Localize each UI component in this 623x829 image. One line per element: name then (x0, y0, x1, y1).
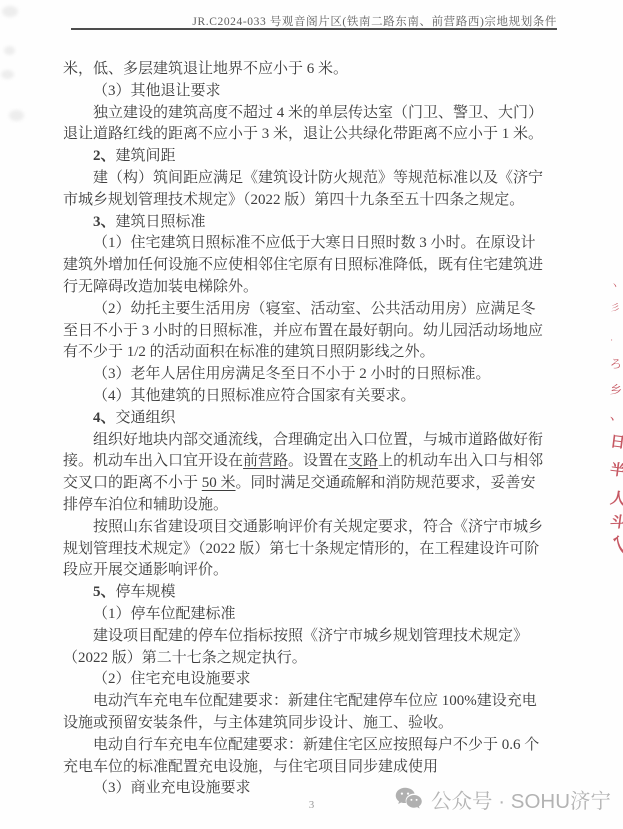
wechat-icon (395, 787, 422, 811)
stamp-mark: 乀 (609, 535, 623, 560)
text-segment: 停车规模 (116, 584, 176, 600)
text-segment: 4、 (93, 410, 116, 426)
text-segment: 电动自行车充电车位配建要求：新建住宅区应按照每户不少于 0.6 个 (93, 737, 539, 753)
text-line: 退让道路红线的距离不应小于 3 米，退让公共绿化带距离不应小于 1 米。 (63, 124, 563, 146)
text-line: （2）幼托主要生活用房（寝室、活动室、公共活动用房）应满足冬 (63, 299, 563, 321)
text-segment: 电动汽车充电车位配建要求：新建住宅配建停车位应 100%建设充电 (93, 693, 537, 709)
scan-smudge (4, 46, 15, 55)
text-segment: （4）其他建筑的日照标准应符合国家有关要求。 (93, 388, 416, 404)
text-line: 接。机动车出入口宜开设在前营路。设置在支路上的机动车出入口与相邻 (63, 451, 563, 473)
text-line: （1）住宅建筑日照标准不应低于大寒日日照时数 3 小时。在原设计 (63, 233, 563, 255)
watermark-text: 公众号 · SOHU济宁 (431, 784, 611, 814)
text-segment: （2）幼托主要生活用房（寝室、活动室、公共活动用房）应满足冬 (93, 301, 536, 317)
text-segment: （1）住宅建筑日照标准不应低于大寒日日照时数 3 小时。在原设计 (93, 235, 536, 251)
text-segment: （2022 版）第二十七条之规定执行。 (63, 650, 307, 666)
underlined-text: 支路 (348, 453, 378, 469)
stamp-mark: 彡 (609, 303, 620, 314)
document-body: 米，低、多层建筑退让地界不应小于 6 米。（3）其他退让要求独立建设的建筑高度不… (63, 59, 563, 800)
stamp-mark: 、 (609, 409, 623, 425)
text-segment: （2）住宅充电设施要求 (93, 671, 251, 687)
stamp-mark: · (609, 336, 613, 345)
text-line: 排停车泊位和辅助设施。 (63, 495, 563, 517)
text-line: 组织好地块内部交通流线，合理确定出入口位置，与城市道路做好衔 (63, 430, 563, 452)
text-segment: 米，低、多层建筑退让地界不应小于 6 米。 (63, 61, 348, 77)
text-segment: 上的机动车出入口与相邻 (378, 453, 543, 469)
text-line: （1）停车位配建标准 (63, 604, 563, 626)
text-segment: 规划管理技术规定》（2022 版）第七十条规定情形的，在工程建设许可阶 (63, 541, 539, 557)
text-segment: （3）其他退让要求 (93, 83, 221, 99)
text-line: （2022 版）第二十七条之规定执行。 (63, 648, 563, 670)
stamp-mark: 人 (609, 491, 623, 509)
text-segment: 。设置在 (288, 453, 348, 469)
text-line: 设施或预留安装条件，与主体建筑同步设计、施工、验收。 (63, 713, 563, 735)
text-segment: 组织好地块内部交通流线，合理确定出入口位置，与城市道路做好衔 (93, 432, 543, 448)
text-segment: 段应开展交通影响评价。 (63, 562, 228, 578)
scan-smudge (9, 110, 24, 121)
text-segment: 3、 (93, 214, 116, 230)
text-line: 建筑外增加任何设施不应使相邻住宅原有日照标准降低，既有住宅建筑进 (63, 255, 563, 277)
text-segment: 行无障碍改造加装电梯除外。 (63, 279, 258, 295)
text-line: 2、建筑间距 (63, 146, 563, 168)
text-line: 建设项目配建的停车位指标按照《济宁市城乡规划管理技术规定》 (63, 626, 563, 648)
text-line: 行无障碍改造加装电梯除外。 (63, 277, 563, 299)
text-segment: 接。机动车出入口宜开设在 (63, 453, 243, 469)
text-line: 充电车位的标准配置充电设施，与住宅项目同步建成使用 (63, 757, 563, 779)
text-segment: 2、 (93, 148, 116, 164)
text-segment: 。同时满足交通疏解和消防规范要求，妥善安 (236, 475, 536, 491)
text-segment: 按照山东省建设项目交通影响评价有关规定要求，符合《济宁市城乡 (93, 519, 543, 535)
text-line: 规划管理技术规定》（2022 版）第七十条规定情形的，在工程建设许可阶 (63, 539, 563, 561)
text-segment: （3）商业充电设施要求 (93, 780, 251, 796)
text-segment: 退让道路红线的距离不应小于 3 米，退让公共绿化带距离不应小于 1 米。 (63, 126, 543, 142)
header-rule (71, 28, 557, 30)
text-line: 市城乡规划管理技术规定》（2022 版）第四十九条至五十四条之规定。 (63, 190, 563, 212)
text-segment: 交通组织 (116, 410, 176, 426)
text-segment: （1）停车位配建标准 (93, 606, 236, 622)
watermark: 公众号 · SOHU济宁 (395, 784, 611, 814)
scan-smudge (2, 6, 18, 17)
text-line: 段应开展交通影响评价。 (63, 560, 563, 582)
text-segment: 建筑日照标准 (116, 214, 206, 230)
text-segment: 市城乡规划管理技术规定》（2022 版）第四十九条至五十四条之规定。 (63, 192, 524, 208)
page-header-title: JR.C2024-033 号观音阁片区(铁南二路东南、前营路西)宗地规划条件 (192, 13, 557, 29)
text-segment: 至日不小于 3 小时的日照标准，并应布置在最好朝向。幼儿园活动场地应 (63, 323, 543, 339)
document-page: JR.C2024-033 号观音阁片区(铁南二路东南、前营路西)宗地规划条件 米… (0, 0, 623, 829)
text-line: 有不少于 1/2 的活动面积在标准的建筑日照阴影线之外。 (63, 342, 563, 364)
underlined-text: 前营路 (243, 453, 288, 469)
text-line: 4、交通组织 (63, 408, 563, 430)
text-segment: 建筑间距 (116, 148, 176, 164)
text-segment: 建设项目配建的停车位指标按照《济宁市城乡规划管理技术规定》 (93, 628, 528, 644)
scan-smudge (1, 70, 14, 79)
text-line: 至日不小于 3 小时的日照标准，并应布置在最好朝向。幼儿园活动场地应 (63, 321, 563, 343)
text-segment: 设施或预留安装条件，与主体建筑同步设计、施工、验收。 (63, 715, 453, 731)
text-line: 交叉口的距离不小于 50 米。同时满足交通疏解和消防规范要求，妥善安 (63, 473, 563, 495)
text-segment: 5、 (93, 584, 116, 600)
text-line: （3）老年人居住用房满足冬至日不小于 2 小时的日照标准。 (63, 364, 563, 386)
text-segment: 充电车位的标准配置充电设施，与住宅项目同步建成使用 (63, 759, 438, 775)
text-segment: （3）老年人居住用房满足冬至日不小于 2 小时的日照标准。 (93, 366, 491, 382)
stamp-mark: 斗 (609, 515, 623, 532)
text-segment: 建筑外增加任何设施不应使相邻住宅原有日照标准降低，既有住宅建筑进 (63, 257, 543, 273)
text-line: 独立建设的建筑高度不超过 4 米的单层传达室（门卫、警卫、大门） (63, 103, 563, 125)
stamp-mark: 日 (609, 435, 623, 452)
text-segment: 独立建设的建筑高度不超过 4 米的单层传达室（门卫、警卫、大门） (93, 105, 543, 121)
text-line: 3、建筑日照标准 (63, 212, 563, 234)
text-line: （2）住宅充电设施要求 (63, 669, 563, 691)
text-line: 5、停车规模 (63, 582, 563, 604)
text-line: （3）其他退让要求 (63, 81, 563, 103)
text-line: 按照山东省建设项目交通影响评价有关规定要求，符合《济宁市城乡 (63, 517, 563, 539)
text-line: 米，低、多层建筑退让地界不应小于 6 米。 (63, 59, 563, 81)
stamp-mark: 半 (609, 463, 623, 480)
text-line: 电动自行车充电车位配建要求：新建住宅区应按照每户不少于 0.6 个 (63, 735, 563, 757)
text-line: 建（构）筑间距应满足《建筑设计防火规范》等规范标准以及《济宁 (63, 168, 563, 190)
stamp-mark: 乡 (609, 383, 622, 396)
text-line: 电动汽车充电车位配建要求：新建住宅配建停车位应 100%建设充电 (63, 691, 563, 713)
underlined-text: 50 米 (202, 475, 236, 491)
text-segment: 有不少于 1/2 的活动面积在标准的建筑日照阴影线之外。 (63, 344, 435, 360)
stamp-mark: 丶 (609, 281, 619, 291)
red-stamp-fragments: 丶彡·ろ乡、日半人斗乀 (600, 278, 623, 570)
text-segment: 交叉口的距离不小于 (63, 475, 202, 491)
text-line: （4）其他建筑的日照标准应符合国家有关要求。 (63, 386, 563, 408)
text-segment: 建（构）筑间距应满足《建筑设计防火规范》等规范标准以及《济宁 (93, 170, 543, 186)
text-segment: 排停车泊位和辅助设施。 (63, 497, 228, 513)
stamp-mark: ろ (609, 357, 622, 370)
